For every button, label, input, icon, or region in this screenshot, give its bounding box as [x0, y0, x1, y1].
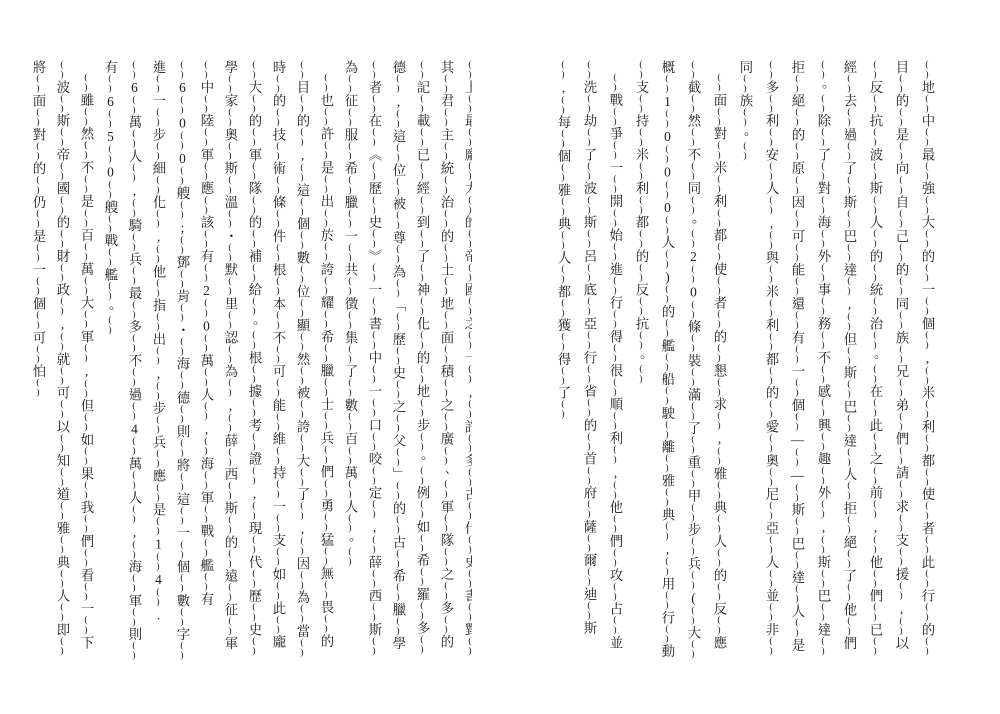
inline-note: ()	[57, 161, 67, 181]
inline-note: ()	[201, 334, 211, 354]
inline-note: ()	[714, 616, 724, 636]
inline-note: ()	[153, 74, 163, 94]
inline-note: ()	[610, 582, 620, 602]
inline-note: ()	[558, 332, 568, 352]
inline-note: ()	[369, 195, 379, 215]
inline-note: ()	[105, 180, 115, 200]
inline-note: ()	[610, 344, 620, 364]
inline-note: ()	[249, 263, 259, 283]
inline-note: ()	[896, 581, 906, 601]
inline-note: ()	[818, 195, 828, 215]
inline-note: ()	[818, 636, 828, 656]
inline-note: ()	[345, 480, 355, 500]
inline-note: ()	[922, 60, 932, 80]
inline-note: ()	[714, 344, 724, 364]
inline-note: ()	[896, 108, 906, 128]
inline-note: ()	[393, 549, 403, 569]
inline-note: ()	[844, 380, 854, 400]
inline-note: ()	[465, 603, 472, 623]
inline-note: ()	[273, 513, 283, 533]
inline-note: ()	[662, 249, 672, 269]
inline-note: ()	[714, 481, 724, 501]
inline-note: ()	[249, 297, 259, 317]
inline-note: ()	[129, 437, 139, 457]
inline-note: ()	[465, 60, 472, 80]
inline-note: ()	[369, 432, 379, 452]
inline-note: ()	[153, 587, 163, 607]
inline-note: ()	[153, 312, 163, 332]
inline-note: ()	[129, 401, 139, 421]
inline-note: ()	[249, 60, 259, 80]
inline-note: ()	[369, 297, 379, 317]
inline-note: ()	[417, 500, 427, 520]
inline-note: ()	[844, 515, 854, 535]
inline-note: ()	[345, 277, 355, 297]
inline-note: ()	[610, 242, 620, 262]
inline-note: ()	[688, 264, 698, 284]
inline-note: ()	[321, 479, 331, 499]
inline-note: ()	[129, 266, 139, 286]
inline-note: ()	[81, 344, 91, 364]
inline-note: ()	[766, 400, 776, 420]
inline-note: ()	[273, 378, 283, 398]
inline-note: ()	[81, 310, 91, 330]
inline-note: ()	[792, 108, 802, 128]
inline-note: ()	[201, 60, 211, 80]
inline-note: ()	[818, 60, 828, 80]
inline-note: ()	[417, 229, 427, 249]
inline-note: ()	[896, 446, 906, 466]
inline-note: ()	[81, 141, 91, 161]
inline-note: ()	[153, 141, 163, 161]
inline-note: ()	[714, 209, 724, 229]
inline-note: ()	[297, 467, 307, 487]
inline-note: ()	[792, 483, 802, 503]
inline-note: ()	[321, 445, 331, 465]
inline-note: ()	[225, 414, 235, 434]
inline-note: ()	[201, 538, 211, 558]
inline-note: ()	[610, 209, 620, 229]
inline-note: ()	[33, 243, 43, 263]
inline-note: ()	[896, 243, 906, 263]
inline-note: ()	[177, 200, 187, 220]
inline-note: ()	[249, 466, 259, 486]
inline-note: ()	[369, 128, 379, 148]
book-spread: 溫泉關之戰:虛構的斯巴達悲歌 ()發()生()在()西()元()前()4()8(…	[0, 0, 1000, 714]
inline-note: ()	[345, 141, 355, 161]
inline-note: ()	[129, 504, 139, 524]
inline-note: ()	[844, 141, 854, 161]
inline-note: ()	[57, 297, 67, 317]
inline-note: ()	[584, 331, 594, 351]
inline-note: ()	[584, 229, 594, 249]
inline-note: ()	[922, 569, 932, 589]
inline-note: ()	[57, 332, 67, 352]
inline-note: ()	[201, 401, 211, 421]
inline-note: ()	[818, 432, 828, 452]
inline-note: ()	[584, 364, 594, 384]
inline-note: ()	[297, 94, 307, 114]
inline-note: ()	[369, 94, 379, 114]
inline-note: ()	[441, 74, 451, 94]
inline-note: ()	[792, 550, 802, 570]
inline-note: ()	[273, 480, 283, 500]
inline-note: ()	[584, 466, 594, 486]
inline-note: ()	[465, 331, 472, 351]
inline-note: ()	[558, 197, 568, 217]
inline-note: ()	[33, 209, 43, 229]
inline-note: ()	[273, 243, 283, 263]
inline-note: ()	[345, 243, 355, 263]
inline-note: ()	[129, 95, 139, 115]
inline-note: ()	[662, 318, 672, 338]
inline-note: ()	[688, 60, 698, 80]
inline-note: ()	[662, 557, 672, 577]
inline-note: ()	[81, 276, 91, 296]
inline-note: ()	[714, 242, 724, 262]
inline-note: ()	[297, 400, 307, 420]
inline-note: ()	[844, 175, 854, 195]
inline-note: ()	[129, 60, 139, 80]
inline-note: ()	[870, 195, 880, 215]
inline-note: ()	[584, 195, 594, 215]
inline-note: ()	[225, 616, 235, 636]
inline-note: ()	[465, 263, 472, 283]
inline-note: ()	[57, 501, 67, 521]
inline-note: ()	[297, 60, 307, 80]
inline-note: ()	[417, 466, 427, 486]
inline-note: ()	[297, 332, 307, 352]
inline-note: ()	[369, 161, 379, 181]
inline-note: ()	[57, 603, 67, 623]
inline-note: ()	[792, 447, 802, 467]
inline-note: ()	[896, 616, 906, 636]
inline-note: ()	[57, 636, 67, 656]
inline-note: ()	[273, 108, 283, 128]
inline-note: ()	[417, 635, 427, 655]
inline-note: ()	[714, 447, 724, 467]
inline-note: ()	[105, 214, 115, 234]
inline-note: ()	[818, 263, 828, 283]
inline-note: ()	[922, 400, 932, 420]
inline-note: ()	[688, 606, 698, 626]
inline-note: ()	[584, 297, 594, 317]
inline-note: ()	[792, 344, 802, 364]
inline-note: ()	[321, 581, 331, 601]
inline-note: ()	[297, 537, 307, 557]
inline-note: ()	[844, 549, 854, 569]
inline-note: ()	[610, 481, 620, 501]
inline-note: ()	[177, 607, 187, 627]
inline-note: ()	[922, 467, 932, 487]
inline-note: ()	[584, 432, 594, 452]
paragraph: ()西()元()前()5()世()紀()初()的()波()斯()帝()國()是(…	[338, 60, 472, 666]
inline-note: ()	[688, 570, 698, 590]
inline-note: ()	[662, 624, 672, 644]
inline-note: ()	[81, 107, 91, 127]
inline-note: ()	[792, 209, 802, 229]
inline-note: ()	[558, 129, 568, 149]
inline-note: ()	[844, 414, 854, 434]
inline-note: ()	[714, 548, 724, 568]
inline-note: ()	[273, 141, 283, 161]
inline-note: ()	[393, 74, 403, 94]
inline-note: ()	[345, 74, 355, 94]
inline-note: ()	[465, 364, 472, 384]
inline-note: ()	[417, 161, 427, 181]
inline-note: ()	[688, 503, 698, 523]
inline-note: ()	[792, 412, 802, 432]
inline-note: ()	[584, 500, 594, 520]
inline-note: ()	[584, 533, 594, 553]
inline-note: ()	[201, 572, 211, 592]
inline-note: ()	[129, 300, 139, 320]
inline-note: ()	[369, 60, 379, 80]
inline-note: ()	[153, 346, 163, 366]
inline-note: ()	[441, 209, 451, 229]
inline-note: ()	[636, 364, 646, 384]
inline-note: ()	[714, 412, 724, 432]
inline-note: ()	[465, 636, 472, 656]
inline-note: ()	[870, 398, 880, 418]
inline-note: ()	[225, 549, 235, 569]
inline-note: ()	[369, 398, 379, 418]
inline-note: ()	[225, 277, 235, 297]
inline-note: ()	[870, 466, 880, 486]
inline-note: ()	[393, 143, 403, 163]
inline-note: ()	[922, 366, 932, 386]
inline-note: ()	[321, 141, 331, 161]
inline-note: ()	[896, 547, 906, 567]
inline-note: ()	[273, 615, 283, 635]
inline-note: ()	[369, 331, 379, 351]
inline-note: ()	[81, 242, 91, 262]
inline-note: ()	[610, 515, 620, 535]
inline-note: ()	[81, 582, 91, 602]
inline-note: ()	[870, 432, 880, 452]
inline-note: ()	[129, 232, 139, 252]
inline-note: ()	[321, 614, 331, 634]
inline-note: ()	[441, 378, 451, 398]
inline-note: ()	[792, 311, 802, 331]
inline-note: ()	[465, 195, 472, 215]
inline-note: ()	[844, 583, 854, 603]
inline-note: ()	[177, 269, 187, 289]
inline-note: ()	[81, 515, 91, 535]
inline-note: ()	[610, 548, 620, 568]
inline-note: ()	[57, 94, 67, 114]
page-right-text: 溫泉關之戰:虛構的斯巴達悲歌 ()發()生()在()西()元()前()4()8(…	[550, 44, 942, 666]
inline-note: ()	[818, 161, 828, 181]
inline-note: ()	[688, 300, 698, 320]
inline-note: ()	[153, 449, 163, 469]
inline-note: ()	[153, 415, 163, 435]
inline-note: ()	[417, 398, 427, 418]
inline-note: ()	[345, 108, 355, 128]
inline-note: ()	[225, 108, 235, 128]
inline-note: ()	[441, 141, 451, 161]
inline-note: ()	[922, 128, 932, 148]
inline-note: ()	[345, 209, 355, 229]
inline-note: ()	[818, 603, 828, 623]
inline-note: ()	[153, 278, 163, 298]
inline-note: ()	[153, 483, 163, 503]
inline-note: ()	[201, 161, 211, 181]
inline-note: ()	[766, 603, 776, 623]
inline-note: ()	[81, 481, 91, 501]
inline-note: ()	[896, 480, 906, 500]
inline-note: ()	[33, 108, 43, 128]
inline-note: ()	[766, 264, 776, 284]
inline-note: ()	[896, 513, 906, 533]
inline-note: ()	[441, 412, 451, 432]
inline-note: ()	[153, 209, 163, 229]
inline-note: ()	[922, 636, 932, 656]
inline-note: ()	[818, 94, 828, 114]
inline-note: ()	[321, 242, 331, 262]
inline-note: ()	[896, 209, 906, 229]
inline-note: ()	[177, 540, 187, 560]
inline-note: ()	[393, 278, 403, 298]
inline-note: ()	[177, 574, 187, 594]
inline-note: ()	[766, 636, 776, 656]
inline-note: ()	[33, 141, 43, 161]
inline-note: ()	[870, 331, 880, 351]
inline-note: ()	[249, 636, 259, 656]
inline-note: ()	[153, 175, 163, 195]
inline-note: ()	[870, 94, 880, 114]
inline-note: ()	[818, 535, 828, 555]
inline-note: ()	[417, 195, 427, 215]
inline-note: ()	[273, 277, 283, 297]
inline-note: ()	[369, 263, 379, 283]
inline-note: ()	[321, 412, 331, 432]
inline-note: ()	[321, 175, 331, 195]
inline-note: ()	[81, 175, 91, 195]
inline-note: ()	[896, 378, 906, 398]
inline-note: ()	[33, 311, 43, 331]
inline-note: ()	[273, 446, 283, 466]
inline-note: ()	[714, 175, 724, 195]
inline-note: ()	[766, 501, 776, 521]
inline-note: ()	[177, 337, 187, 357]
inline-note: ()	[688, 229, 698, 249]
inline-note: ()	[369, 636, 379, 656]
inline-note: ()	[177, 438, 187, 458]
inline-note: ()	[870, 364, 880, 384]
inline-note: ()	[105, 109, 115, 129]
inline-note: ()	[818, 297, 828, 317]
inline-note: ()	[33, 344, 43, 364]
inline-note: ()	[345, 547, 355, 567]
inline-note: ()	[636, 229, 646, 249]
inline-note: ()	[792, 141, 802, 161]
inline-note: ()	[321, 378, 331, 398]
inline-note: ()	[105, 281, 115, 301]
inline-note: ()	[321, 513, 331, 533]
inline-note: ()	[844, 616, 854, 636]
inline-note: ()	[688, 401, 698, 421]
inline-note: ()	[465, 297, 472, 317]
inline-note: ()	[922, 161, 932, 181]
inline-note: ()	[766, 128, 776, 148]
inline-note: ()	[345, 175, 355, 195]
inline-note: ()	[792, 175, 802, 195]
inline-note: ()	[441, 615, 451, 635]
inline-note: ()	[662, 180, 672, 200]
inline-note: ()	[177, 303, 187, 323]
inline-note: ()	[417, 601, 427, 621]
inline-note: ()	[417, 432, 427, 452]
inline-note: ()	[465, 400, 472, 420]
inline-note: ()	[369, 500, 379, 520]
inline-note: ()	[249, 195, 259, 215]
inline-note: ()	[584, 567, 594, 587]
inline-note: ()	[558, 60, 568, 80]
inline-note: ()	[636, 60, 646, 80]
inline-note: ()	[662, 591, 672, 611]
inline-note: ()	[766, 569, 776, 589]
inline-note: ()	[201, 128, 211, 148]
inline-note: ()	[922, 434, 932, 454]
inline-note: ()	[129, 163, 139, 183]
inline-note: ()	[225, 141, 235, 161]
inline-note: ()	[33, 175, 43, 195]
inline-note: ()	[369, 364, 379, 384]
inline-note: ()	[417, 263, 427, 283]
inline-note: ()	[177, 472, 187, 492]
inline-note: ()	[558, 400, 568, 420]
inline-note: ()	[249, 128, 259, 148]
inline-note: ()	[345, 311, 355, 331]
inline-note: ()	[177, 235, 187, 255]
inline-note: ()	[844, 243, 854, 263]
page-left: ()豐()厚()的()戰()利()品()。()在()離()開()之()前(),(…	[26, 44, 472, 666]
inline-note: ()	[321, 276, 331, 296]
inline-note: ()	[393, 447, 403, 467]
inline-note: ()	[610, 412, 620, 432]
inline-note: ()	[393, 616, 403, 636]
inline-note: ()	[558, 163, 568, 183]
inline-note: ()	[297, 570, 307, 590]
inline-note: ()	[297, 197, 307, 217]
inline-note: ()	[610, 310, 620, 330]
inline-note: ()	[688, 640, 698, 660]
inline-note: ()	[177, 60, 187, 80]
inline-note: ()	[225, 311, 235, 331]
inline-note: ()	[441, 581, 451, 601]
inline-note: ()	[714, 107, 724, 127]
inline-note: ()	[662, 215, 672, 235]
inline-note: ()	[249, 535, 259, 555]
inline-note: ()	[844, 481, 854, 501]
inline-note: ()	[129, 540, 139, 560]
inline-note: ()	[584, 398, 594, 418]
inline-note: ()	[273, 311, 283, 331]
inline-note: ()	[584, 94, 594, 114]
inline-note: ()	[662, 74, 672, 94]
inline-note: ()	[249, 161, 259, 181]
inline-note: ()	[321, 547, 331, 567]
inline-note: ()	[249, 331, 259, 351]
inline-note: ()	[584, 161, 594, 181]
inline-note: ()	[225, 74, 235, 94]
inline-note: ()	[273, 547, 283, 567]
inline-note: ()	[393, 177, 403, 197]
inline-note: ()	[105, 315, 115, 335]
inline-note: ()	[714, 515, 724, 535]
inline-note: ()	[610, 276, 620, 296]
